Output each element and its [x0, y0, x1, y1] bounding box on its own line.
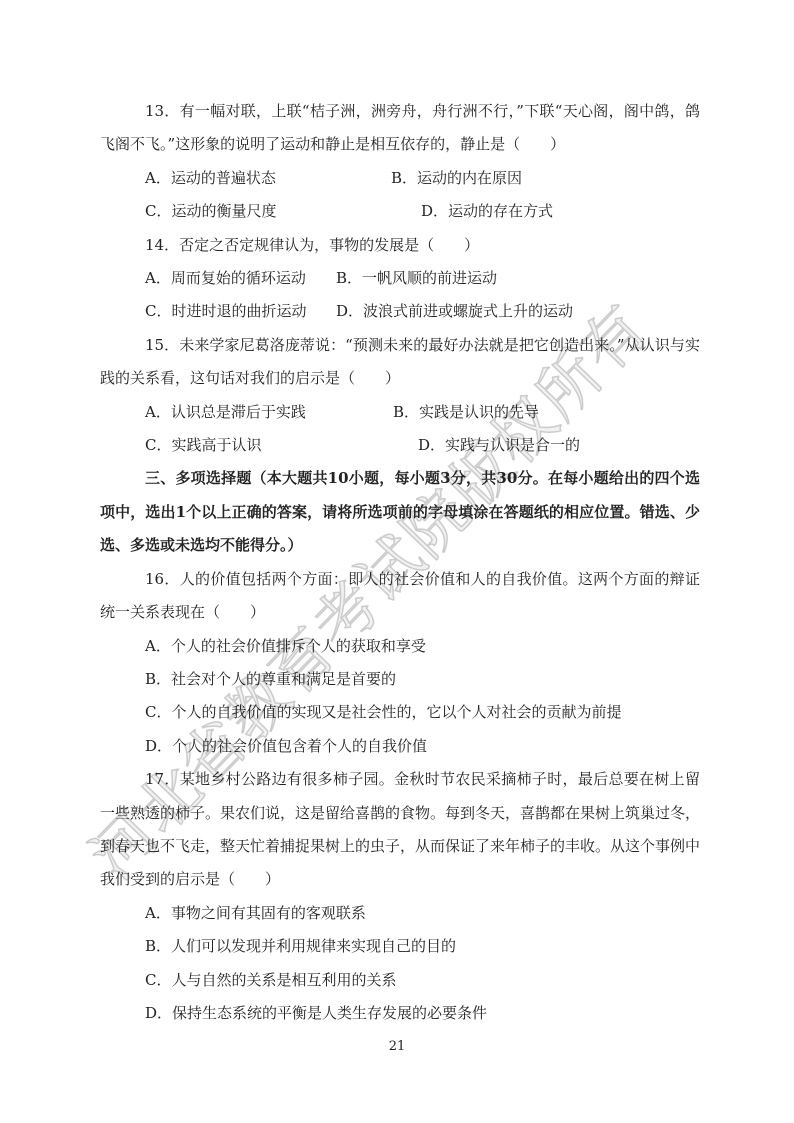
- question-13-text: 13．有一幅对联，上联“桔子洲，洲旁舟，舟行洲不行，”下联“天心阁，阁中鸽，鸽飞…: [100, 95, 700, 162]
- exam-content: 13．有一幅对联，上联“桔子洲，洲旁舟，舟行洲不行，”下联“天心阁，阁中鸽，鸽飞…: [100, 95, 700, 1030]
- question-13-option-d: D．运动的存在方式: [421, 195, 553, 228]
- question-13-options-row-2: C．运动的衡量尺度 D．运动的存在方式: [100, 195, 700, 228]
- question-16-text: 16．人的价值包括两个方面：即人的社会价值和人的自我价值。这两个方面的辩证统一关…: [100, 563, 700, 630]
- question-17-option-c: C．人与自然的关系是相互利用的关系: [100, 964, 700, 997]
- question-15-option-b: B．实践是认识的先导: [393, 396, 539, 429]
- question-14-option-a: A．周而复始的循环运动: [145, 269, 306, 287]
- question-16-option-c: C．个人的自我价值的实现又是社会性的，它以个人对社会的贡献为前提: [100, 696, 700, 729]
- question-13-option-c: C．运动的衡量尺度: [145, 202, 276, 220]
- question-13-options-row-1: A．运动的普遍状态 B．运动的内在原因: [100, 162, 700, 195]
- question-14-option-b: B．一帆风顺的前进运动: [336, 262, 497, 295]
- exam-page: 河北省教育考试院版权所有 13．有一幅对联，上联“桔子洲，洲旁舟，舟行洲不行，”…: [0, 0, 794, 1123]
- question-17-option-d: D．保持生态系统的平衡是人类生存发展的必要条件: [100, 997, 700, 1030]
- question-16-option-a: A．个人的社会价值排斥个人的获取和享受: [100, 630, 700, 663]
- question-17-text: 17．某地乡村公路边有很多柿子园。金秋时节农民采摘柿子时，最后总要在树上留一些熟…: [100, 763, 700, 897]
- question-15-options-row-2: C．实践高于认识 D．实践与认识是合一的: [100, 429, 700, 462]
- question-15-option-d: D．实践与认识是合一的: [418, 429, 580, 462]
- question-17-option-a: A．事物之间有其固有的客观联系: [100, 897, 700, 930]
- question-14-options-row-2: C．时进时退的曲折运动 D．波浪式前进或螺旋式上升的运动: [100, 295, 700, 328]
- question-15-option-c: C．实践高于认识: [145, 436, 261, 454]
- question-14-option-d: D．波浪式前进或螺旋式上升的运动: [336, 295, 573, 328]
- question-14-option-c: C．时进时退的曲折运动: [145, 302, 306, 320]
- question-16-option-b: B．社会对个人的尊重和满足是首要的: [100, 663, 700, 696]
- question-14-text: 14．否定之否定规律认为，事物的发展是（ ）: [100, 229, 700, 262]
- question-14-options-row-1: A．周而复始的循环运动 B．一帆风顺的前进运动: [100, 262, 700, 295]
- question-13-option-a: A．运动的普遍状态: [145, 169, 276, 187]
- question-15-options-row-1: A．认识总是滞后于实践 B．实践是认识的先导: [100, 396, 700, 429]
- section-header: 三、多项选择题（本大题共10小题，每小题3分，共30分。在每小题给出的四个选项中…: [100, 462, 700, 562]
- question-15-text: 15．未来学家尼葛洛庞蒂说：“预测未来的最好办法就是把它创造出来。”从认识与实践…: [100, 329, 700, 396]
- question-15-option-a: A．认识总是滞后于实践: [145, 403, 306, 421]
- question-16-option-d: D．个人的社会价值包含着个人的自我价值: [100, 730, 700, 763]
- page-number: 21: [0, 1038, 794, 1056]
- question-17-option-b: B．人们可以发现并利用规律来实现自己的目的: [100, 930, 700, 963]
- question-13-option-b: B．运动的内在原因: [391, 162, 522, 195]
